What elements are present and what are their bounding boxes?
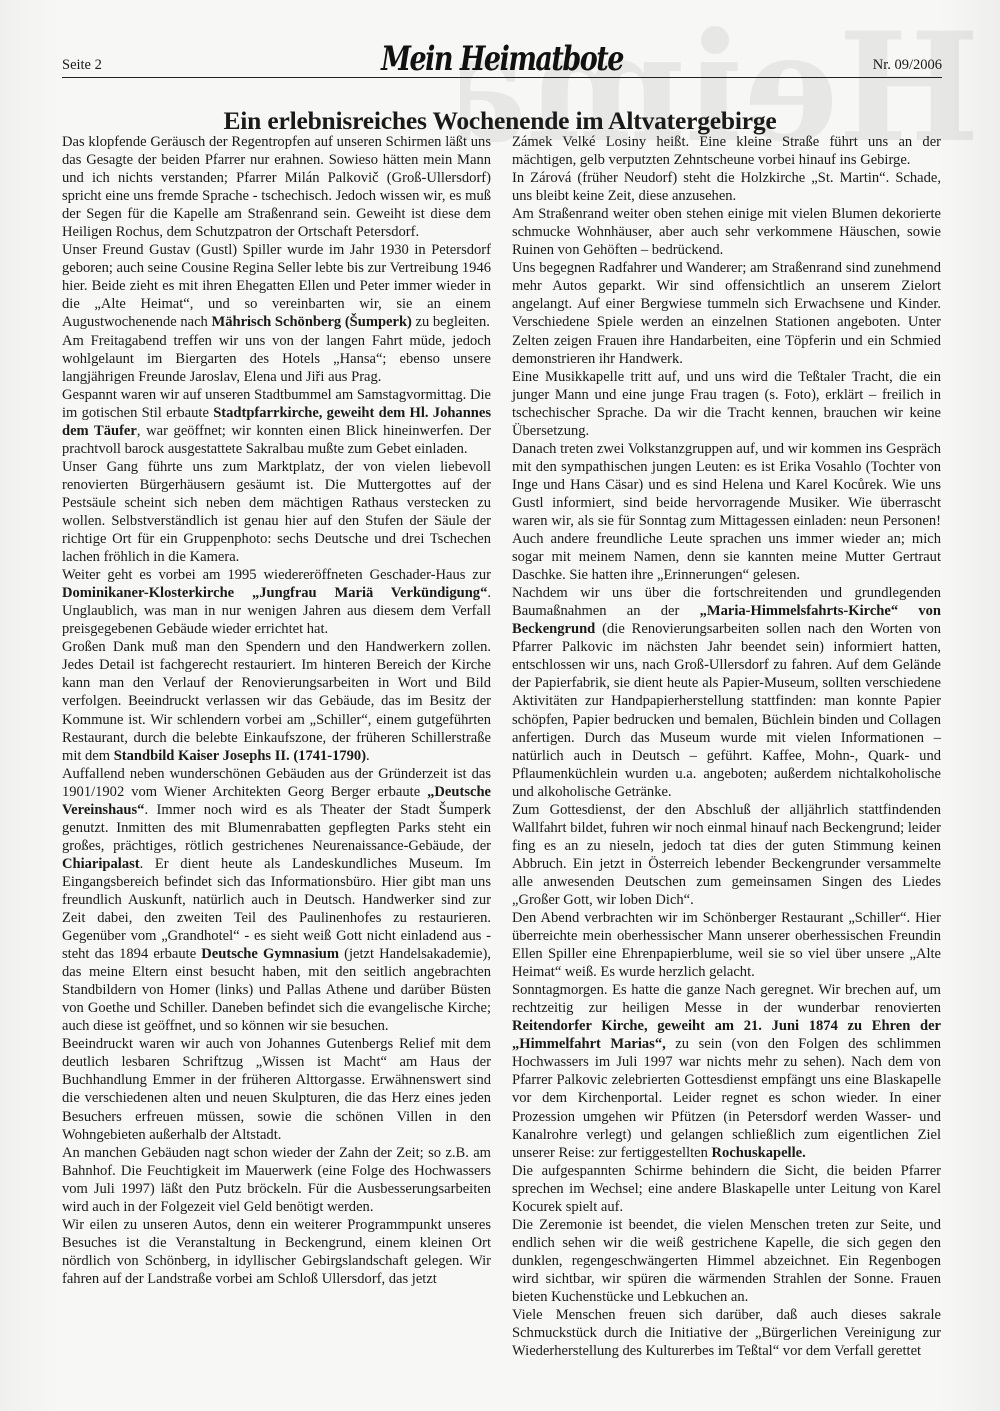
text: Zum Gottesdienst, der den Abschluß der a… xyxy=(512,802,941,908)
paragraph: Zum Gottesdienst, der den Abschluß der a… xyxy=(512,801,941,909)
paragraph: Auffallend neben wunderschönen Gebäuden … xyxy=(62,765,491,1036)
paragraph: Nachdem wir uns über die fortschreitende… xyxy=(512,584,941,801)
paragraph: Unser Gang führte uns zum Marktplatz, de… xyxy=(62,458,491,566)
paragraph: Am Straßenrand weiter oben stehen einige… xyxy=(512,205,941,259)
text: Den Abend verbrachten wir im Schönberger… xyxy=(512,910,941,980)
paragraph: Das klopfende Geräusch der Regentropfen … xyxy=(62,133,491,241)
bold-text: Mährisch Schönberg (Šumperk) xyxy=(211,314,411,330)
text: Das klopfende Geräusch der Regentropfen … xyxy=(62,134,491,240)
newspaper-page: Heimat Seite 2 Mein Heimatbote Nr. 09/20… xyxy=(0,0,1000,1411)
paragraph: Den Abend verbrachten wir im Schönberger… xyxy=(512,909,941,981)
text: Sonntagmorgen. Es hatte die ganze Nach g… xyxy=(512,982,941,1016)
text: Die Zeremonie ist beendet, die vielen Me… xyxy=(512,1217,941,1305)
text: zu sein (von den Folgen des schlimmen Ho… xyxy=(512,1036,941,1160)
paragraph: Am Freitagabend treffen wir uns von der … xyxy=(62,332,491,386)
paragraph: An manchen Gebäuden nagt schon wieder de… xyxy=(62,1144,491,1216)
article-column-left: Das klopfende Geräusch der Regentropfen … xyxy=(62,133,491,1288)
page-header: Seite 2 Mein Heimatbote Nr. 09/2006 xyxy=(62,20,942,78)
article-title: Ein erlebnisreiches Wochenende im Altvat… xyxy=(0,106,1000,136)
text: Uns begegnen Radfahrer und Wanderer; am … xyxy=(512,260,941,366)
paragraph: Sonntagmorgen. Es hatte die ganze Nach g… xyxy=(512,981,941,1161)
text: Zámek Velké Losiny heißt. Eine kleine St… xyxy=(512,134,941,168)
text: Eine Musikkapelle tritt auf, und uns wir… xyxy=(512,369,941,439)
bold-text: Chiaripalast xyxy=(62,856,140,872)
bold-text: Standbild Kaiser Josephs II. (1741-1790) xyxy=(114,748,366,764)
text: Beeindruckt waren wir auch von Johannes … xyxy=(62,1036,491,1142)
paragraph: Uns begegnen Radfahrer und Wanderer; am … xyxy=(512,259,941,367)
paragraph: Die Zeremonie ist beendet, die vielen Me… xyxy=(512,1216,941,1306)
paragraph: Die aufgespannten Schirme behindern die … xyxy=(512,1162,941,1216)
paragraph: Wir eilen zu unseren Autos, denn ein wei… xyxy=(62,1216,491,1288)
text: . xyxy=(366,748,370,764)
paragraph: Viele Menschen freuen sich darüber, daß … xyxy=(512,1306,941,1360)
paragraph: Beeindruckt waren wir auch von Johannes … xyxy=(62,1035,491,1143)
text: Die aufgespannten Schirme behindern die … xyxy=(512,1163,941,1215)
bold-text: Dominikaner-Klosterkirche „Jungfrau Mari… xyxy=(62,585,487,601)
article-column-right: Zámek Velké Losiny heißt. Eine kleine St… xyxy=(512,133,941,1360)
text: Am Freitagabend treffen wir uns von der … xyxy=(62,333,491,385)
paragraph: Zámek Velké Losiny heißt. Eine kleine St… xyxy=(512,133,941,169)
text: zu begleiten. xyxy=(412,314,490,330)
paragraph: Weiter geht es vorbei am 1995 wiedereröf… xyxy=(62,566,491,638)
text: (die Renovierungsarbeiten sollen nach de… xyxy=(512,621,941,799)
paragraph: In Zárová (früher Neudorf) steht die Hol… xyxy=(512,169,941,205)
text: Weiter geht es vorbei am 1995 wiedereröf… xyxy=(62,567,491,583)
paragraph: Gespannt waren wir auf unseren Stadtbumm… xyxy=(62,386,491,458)
text: Am Straßenrand weiter oben stehen einige… xyxy=(512,206,941,258)
text: In Zárová (früher Neudorf) steht die Hol… xyxy=(512,170,941,204)
masthead-logo: Mein Heimatbote xyxy=(381,40,623,79)
text: Unser Gang führte uns zum Marktplatz, de… xyxy=(62,459,491,565)
text: An manchen Gebäuden nagt schon wieder de… xyxy=(62,1145,491,1215)
paragraph: Großen Dank muß man den Spendern und den… xyxy=(62,638,491,764)
issue-number: Nr. 09/2006 xyxy=(873,57,942,74)
page-number: Seite 2 xyxy=(62,57,102,74)
bold-text: Deutsche Gymnasium xyxy=(201,946,339,962)
text: Danach treten zwei Volkstanzgruppen auf,… xyxy=(512,441,941,583)
paragraph: Unser Freund Gustav (Gustl) Spiller wurd… xyxy=(62,241,491,331)
paragraph: Eine Musikkapelle tritt auf, und uns wir… xyxy=(512,368,941,440)
text: Viele Menschen freuen sich darüber, daß … xyxy=(512,1307,941,1359)
text: Großen Dank muß man den Spendern und den… xyxy=(62,639,491,763)
bold-text: Rochuskapelle. xyxy=(712,1145,806,1161)
text: Wir eilen zu unseren Autos, denn ein wei… xyxy=(62,1217,491,1287)
paragraph: Danach treten zwei Volkstanzgruppen auf,… xyxy=(512,440,941,584)
